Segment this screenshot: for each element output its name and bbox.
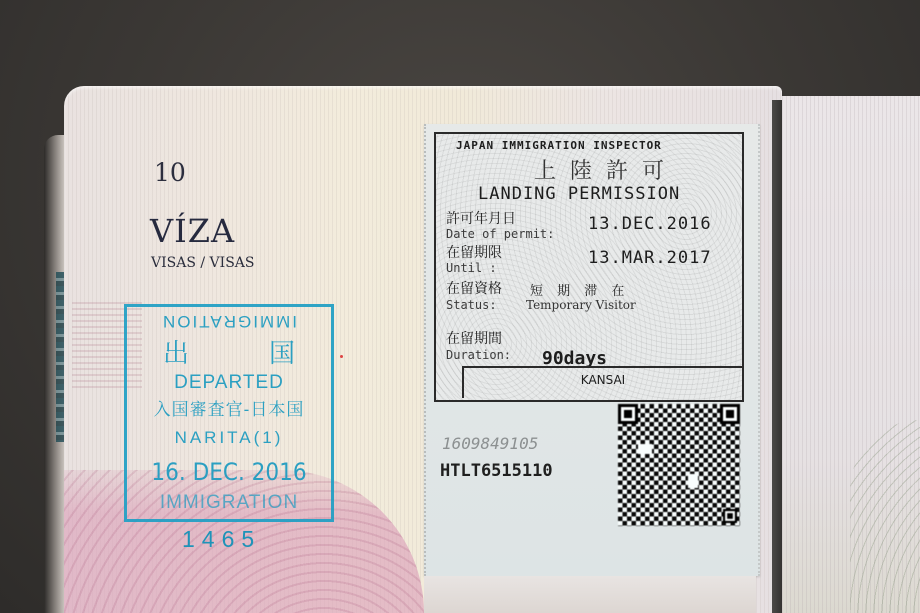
qr-code-icon: [618, 404, 740, 526]
stamp-status: DEPARTED: [127, 372, 331, 394]
qr-alignment-mark: [723, 509, 737, 523]
departure-stamp: IMMIGRATION 出 国 DEPARTED 入国審査官-日本国 NARIT…: [124, 304, 334, 522]
status-label-en: Status:: [446, 298, 497, 312]
stamp-date: 16. DEC. 2016: [127, 458, 331, 486]
page-edge-marking: [56, 272, 64, 442]
stamp-kanji-left: 出: [163, 333, 189, 370]
duration-label-jp: 在留期間: [446, 328, 502, 348]
stamp-serial: 1465: [182, 526, 261, 553]
stamp-kanji-right: 国: [269, 333, 295, 370]
security-fiber: [340, 355, 343, 358]
status-label-jp: 在留資格: [446, 278, 502, 298]
sticker-number: 1609849105: [442, 434, 538, 453]
status-value-en: Temporary Visitor: [526, 298, 636, 312]
duration-label-en: Duration:: [446, 348, 511, 362]
inspector-header: JAPAN IMMIGRATION INSPECTOR: [456, 139, 662, 152]
qr-finder-top-right: [720, 404, 740, 424]
permit-date-value: 13.DEC.2016: [588, 214, 712, 234]
stamp-office: 入国審査官-日本国: [127, 395, 331, 420]
qr-module-gap: [688, 474, 698, 488]
page-title: VÍZA: [150, 212, 235, 250]
landing-permission-box: JAPAN IMMIGRATION INSPECTOR 上陸許可 LANDING…: [434, 132, 744, 402]
title-japanese: 上陸許可: [534, 154, 678, 185]
stamp-top-text: IMMIGRATION: [127, 311, 331, 331]
status-value-jp: 短 期 滞 在: [530, 280, 629, 299]
until-label-en: Until :: [446, 261, 497, 275]
page-number: 10: [154, 158, 186, 187]
sticker-code: HTLT6515110: [440, 461, 553, 481]
permit-date-label-en: Date of permit:: [446, 227, 554, 241]
until-value: 13.MAR.2017: [588, 248, 712, 268]
qr-finder-top-left: [618, 404, 638, 424]
qr-module-gap: [638, 444, 652, 454]
sticker-bottom-tab: [424, 576, 756, 613]
port-of-entry: KANSAI: [464, 373, 742, 387]
stamp-kanji: 出 国: [127, 333, 331, 370]
until-label-jp: 在留期限: [446, 242, 502, 262]
page-subtitle: VISAS / VISAS: [151, 255, 254, 271]
passport-photo: 10 VÍZA VISAS / VISAS IMMIGRATION 出 国 DE…: [0, 0, 920, 613]
port-box: KANSAI: [462, 366, 742, 398]
title-english: LANDING PERMISSION: [478, 184, 680, 204]
stamp-airport: NARITA(1): [127, 428, 331, 448]
stamp-bottom-text: IMMIGRATION: [127, 492, 331, 514]
permit-date-label-jp: 許可年月日: [446, 208, 516, 228]
